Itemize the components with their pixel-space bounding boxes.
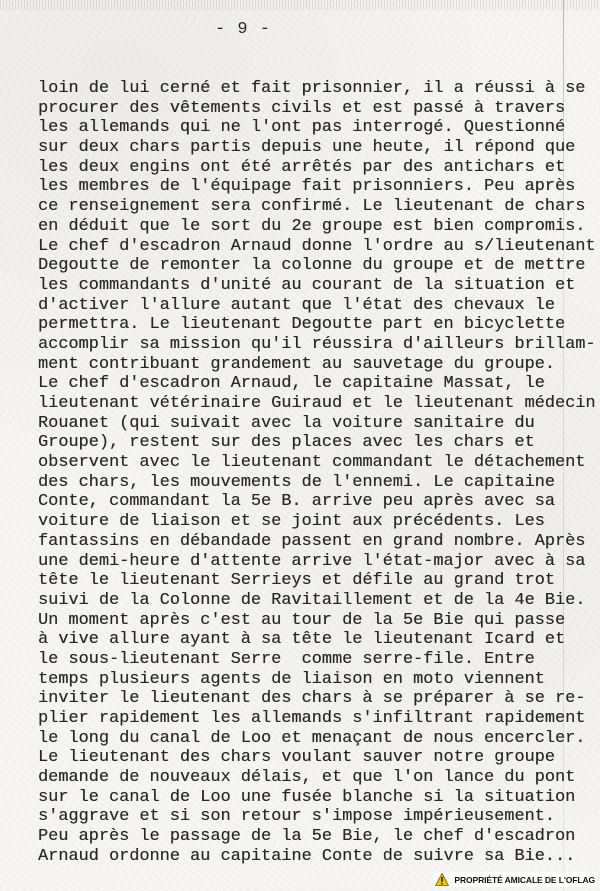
text-line: permettra. Le lieutenant Degoutte part e… [38, 315, 578, 335]
text-line: Groupe), restent sur des places avec les… [38, 433, 578, 453]
text-line: temps plusieurs agents de liaison en mot… [38, 670, 578, 690]
text-line: le long du canal de Loo et menaçant de n… [38, 729, 578, 749]
text-line: Le lieutenant des chars voulant sauver n… [38, 748, 578, 768]
text-line: des chars, les mouvements de l'ennemi. L… [38, 473, 578, 493]
watermark-text: PROPRIÉTÉ AMICALE DE L'OFLAG [454, 875, 595, 885]
page-number: - 9 - [0, 20, 486, 39]
text-line: procurer des vêtements civils et est pas… [38, 99, 578, 119]
warning-icon [435, 873, 449, 886]
text-line: les deux engins ont été arrêtés par des … [38, 158, 578, 178]
text-line: sur le canal de Loo une fusée blanche si… [38, 788, 578, 808]
ownership-watermark: PROPRIÉTÉ AMICALE DE L'OFLAG [433, 872, 597, 887]
text-line: en déduit que le sort du 2e groupe est b… [38, 217, 578, 237]
text-line: accomplir sa mission qu'il réussira d'ai… [38, 335, 578, 355]
text-line: inviter le lieutenant des chars à se pré… [38, 689, 578, 709]
text-line: fantassins en débandade passent en grand… [38, 532, 578, 552]
text-line: Rouanet (qui suivait avec la voiture san… [38, 414, 578, 434]
text-line: Conte, commandant la 5e B. arrive peu ap… [38, 492, 578, 512]
text-line: les membres de l'équipage fait prisonnie… [38, 177, 578, 197]
typewritten-body: loin de lui cerné et fait prisonnier, il… [38, 79, 578, 867]
text-line: Arnaud ordonne au capitaine Conte de sui… [38, 847, 578, 867]
text-line: lieutenant vétérinaire Guiraud et le lie… [38, 394, 578, 414]
text-line: Le chef d'escadron Arnaud donne l'ordre … [38, 237, 578, 257]
text-line: Degoutte de remonter la colonne du group… [38, 256, 578, 276]
text-line: sur deux chars partis depuis une heute, … [38, 138, 578, 158]
text-line: Le chef d'escadron Arnaud, le capitaine … [38, 374, 578, 394]
text-line: une demi-heure d'attente arrive l'état-m… [38, 552, 578, 572]
text-line: le sous-lieutenant Serre comme serre-fil… [38, 650, 578, 670]
text-line: ce renseignement sera confirmé. Le lieut… [38, 197, 578, 217]
text-line: Un moment après c'est au tour de la 5e B… [38, 611, 578, 631]
text-line: les allemands qui ne l'ont pas interrogé… [38, 118, 578, 138]
text-line: loin de lui cerné et fait prisonnier, il… [38, 79, 578, 99]
text-line: suivi de la Colonne de Ravitaillement et… [38, 591, 578, 611]
scan-edge-noise [0, 0, 600, 10]
text-line: à vive allure ayant à sa tête le lieuten… [38, 630, 578, 650]
text-line: ment contribuant grandement au sauvetage… [38, 355, 578, 375]
text-line: s'aggrave et si son retour s'impose impé… [38, 807, 578, 827]
text-line: tête le lieutenant Serrieys et défile au… [38, 571, 578, 591]
text-line: les commandants d'unité au courant de la… [38, 276, 578, 296]
text-line: demande de nouveaux délais, et que l'on … [38, 768, 578, 788]
text-line: plier rapidement les allemands s'infiltr… [38, 709, 578, 729]
text-line: voiture de liaison et se joint aux précé… [38, 512, 578, 532]
scanned-page: - 9 - loin de lui cerné et fait prisonni… [0, 0, 600, 891]
text-line: Peu après le passage de la 5e Bie, le ch… [38, 827, 578, 847]
text-line: d'activer l'allure autant que l'état des… [38, 296, 578, 316]
text-line: observent avec le lieutenant commandant … [38, 453, 578, 473]
